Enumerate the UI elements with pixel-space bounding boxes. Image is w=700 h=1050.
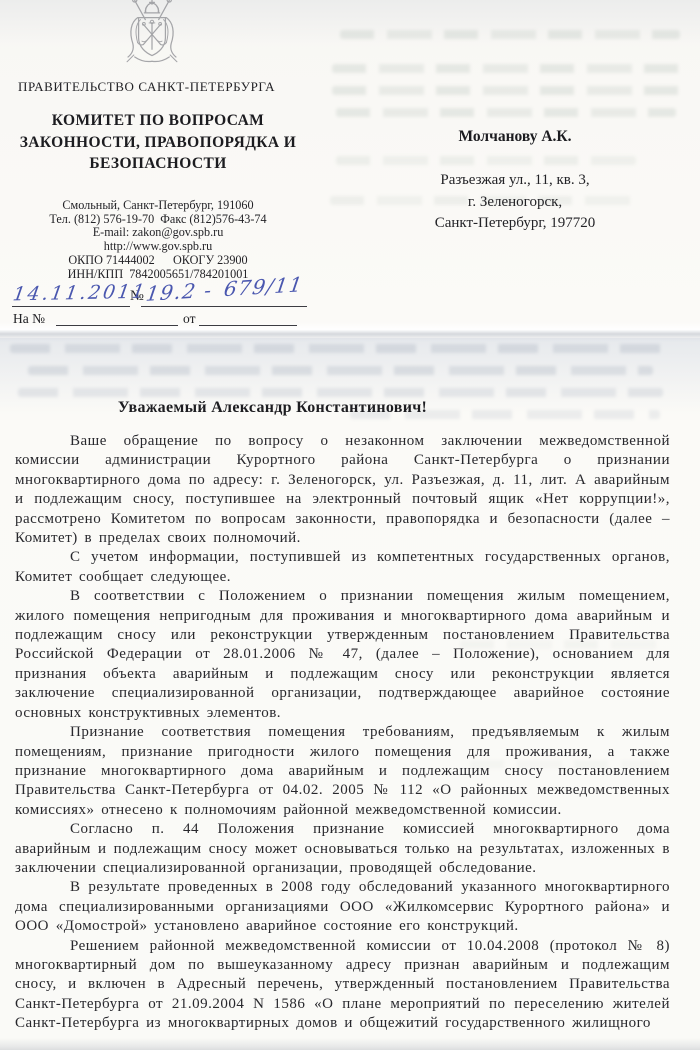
phone-fax-line: Тел. (812) 576-19-70 Факс (812)576-43-74 [8, 213, 308, 227]
spb-coat-of-arms-icon [106, 0, 198, 75]
committee-name: КОМИТЕТ ПО ВОПРОСАМ ЗАКОННОСТИ, ПРАВОПОР… [8, 110, 308, 175]
contact-block: Смольный, Санкт-Петербург, 191060 Тел. (… [8, 199, 308, 281]
recipient-address: Разъезжая ул., 11, кв. 3, г. Зеленогорск… [402, 170, 628, 235]
recipient-address-line: г. Зеленогорск, [402, 192, 628, 214]
bleedthrough-artifact [340, 30, 680, 39]
reply-date-underline [199, 325, 297, 326]
website-line: http://www.gov.spb.ru [8, 240, 308, 254]
committee-name-line: ЗАКОННОСТИ, ПРАВОПОРЯДКА И [8, 132, 308, 154]
reply-from-label: от [183, 311, 195, 327]
body-paragraph: Согласно п. 44 Положения признание комис… [15, 820, 670, 878]
email-line: E-mail: zakon@gov.spb.ru [8, 226, 308, 240]
body-paragraphs: Ваше обращение по вопросу о незаконном з… [15, 432, 670, 1034]
recipient-address-line: Санкт-Петербург, 197720 [402, 213, 628, 235]
body-paragraph: С учетом информации, поступившей из комп… [15, 548, 670, 587]
bleedthrough-artifact [18, 388, 663, 397]
handwritten-date: 14.11.2011 [11, 281, 148, 306]
reply-to-number-label: На № [13, 311, 45, 327]
paper-crease-bottom [0, 1038, 700, 1050]
committee-name-line: КОМИТЕТ ПО ВОПРОСАМ [8, 110, 308, 132]
bleedthrough-artifact [332, 64, 682, 73]
scanned-letter-page: ПРАВИТЕЛЬСТВО САНКТ-ПЕТЕРБУРГА КОМИТЕТ П… [0, 0, 700, 1050]
bleedthrough-artifact [332, 86, 680, 95]
body-paragraph: Ваше обращение по вопросу о незаконном з… [15, 432, 670, 548]
government-title: ПРАВИТЕЛЬСТВО САНКТ-ПЕТЕРБУРГА [18, 79, 275, 95]
okpo-okogu-line: ОКПО 71444002 ОКОГУ 23900 [8, 254, 308, 268]
postal-address-line: Смольный, Санкт-Петербург, 191060 [8, 199, 308, 213]
body-paragraph: В результате проведенных в 2008 году обс… [15, 878, 670, 936]
body-paragraph: В соответствии с Положением о признании … [15, 587, 670, 723]
date-underline [12, 306, 130, 307]
bleedthrough-artifact [336, 156, 636, 165]
recipient-name: Молчанову А.К. [410, 128, 620, 146]
reply-number-underline [56, 325, 178, 326]
body-paragraph: Признание соответствия помещения требова… [15, 723, 670, 820]
number-underline [141, 306, 307, 307]
bleedthrough-artifact [28, 366, 653, 375]
committee-name-line: БЕЗОПАСНОСТИ [8, 153, 308, 175]
body-paragraph: Решением районной межведомственной комис… [15, 937, 670, 1034]
salutation: Уважаемый Александр Константинович! [0, 399, 545, 417]
recipient-address-line: Разъезжая ул., 11, кв. 3, [402, 170, 628, 192]
bleedthrough-artifact [10, 344, 670, 353]
bleedthrough-artifact [336, 108, 676, 117]
